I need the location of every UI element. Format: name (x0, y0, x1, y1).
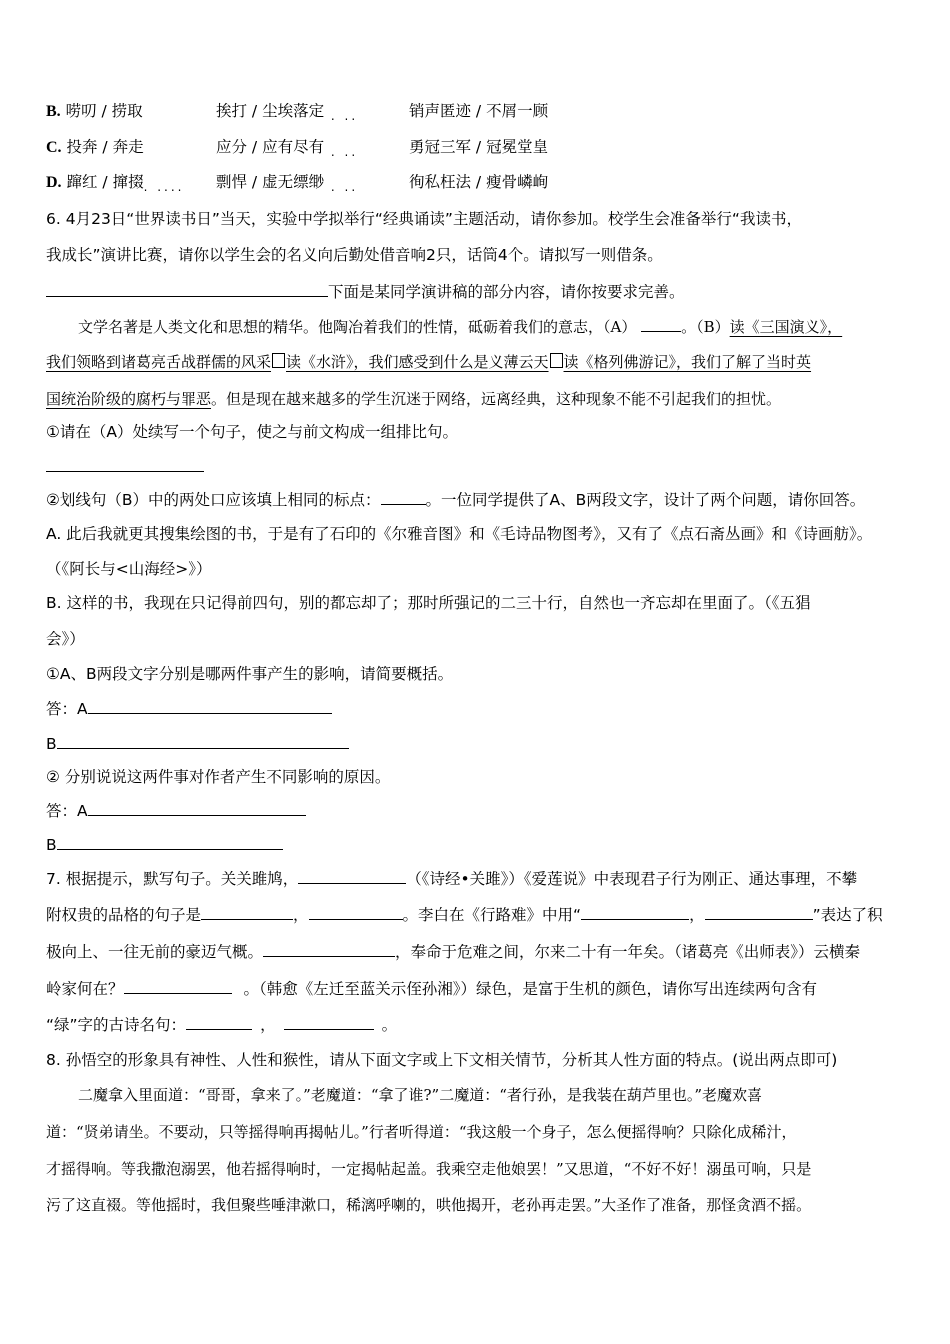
q7-line2: 附权贵的品格的句子是，。李白在《行路难》中用“，”表达了积 (46, 904, 883, 925)
q8-passage-4: 污了这直裰。等他摇时，我但聚些唾津漱口，稀漓呼喇的，哄他揭开，老孙再走罢。”大圣… (46, 1195, 811, 1215)
q7-blank-6[interactable] (263, 941, 395, 957)
blank-a[interactable] (641, 316, 681, 332)
text-a-source: （《阿长与<山海经>》） (46, 559, 211, 579)
option-label: B. (46, 103, 61, 120)
q7-line1: 7. 根据提示，默写句子。关关雎鸠，（《诗经•关雎》）《爱莲说》中表现君子行为刚… (46, 868, 857, 889)
qa2-answer-a: 答：A (46, 800, 306, 821)
option-col1: 蹿红 / 撺掇 (67, 173, 144, 191)
text-b-source: 会》） (46, 629, 85, 649)
option-d: D. 蹿红 / 撺掇. .... (46, 172, 184, 193)
text-a: A. 此后我就更其搜集绘图的书，于是有了石印的《尔雅音图》和《毛诗品物图考》，又… (46, 524, 872, 544)
qa2-a-blank[interactable] (88, 800, 306, 816)
box-mark (550, 353, 563, 368)
q7-blank-3[interactable] (309, 904, 403, 920)
option-b-col3: 销声匿迹 / 不屑一顾 (409, 101, 548, 121)
qa1-answer-a: 答：A (46, 698, 332, 719)
q7-line4: 岭家何在？。（韩愈《左迁至蓝关示侄孙湘》）绿色，是富于生机的颜色，请你写出连续两… (46, 978, 817, 999)
q8-line1: 8. 孙悟空的形象具有神性、人性和猴性，请从下面文字或上下文相关情节，分析其人性… (46, 1050, 837, 1070)
q7-blank-8[interactable] (186, 1014, 252, 1030)
passage-line3: 国统治阶级的腐朽与罪恶。但是现在越来越多的学生沉迷于网络，远离经典，这种现象不能… (46, 389, 781, 409)
loan-note-blank[interactable] (46, 281, 328, 297)
sub1-answer-blank[interactable] (46, 456, 204, 472)
option-c-col2: 应分 / 应有尽有 . .. (216, 137, 358, 158)
option-b-col2: 挨打 / 尘埃落定 . .. (216, 101, 358, 122)
passage-line1: 文学名著是人类文化和思想的精华。他陶冶着我们的性情，砥砺着我们的意志，（A） 。… (78, 316, 842, 337)
punctuation-blank[interactable] (381, 489, 426, 505)
qa2-answer-b: B (46, 834, 283, 855)
q7-line3: 极向上、一往无前的豪迈气概。，奉命于危难之间，尔来二十有一年矣。（诸葛亮《出师表… (46, 941, 860, 962)
text-b: B. 这样的书，我现在只记得前四句，别的都忘却了；那时所强记的二三十行，自然也一… (46, 593, 811, 613)
option-label: D. (46, 174, 62, 191)
q7-blank-9[interactable] (284, 1014, 374, 1030)
qa1-b-blank[interactable] (57, 733, 349, 749)
box-mark (272, 353, 285, 368)
q7-blank-7[interactable] (124, 978, 232, 994)
q7-blank-5[interactable] (705, 904, 813, 920)
qa2-b-blank[interactable] (57, 834, 283, 850)
q6-line1: 6. 4月23日“世界读书日”当天，实验中学拟举行“经典诵读”主题活动，请你参加… (46, 209, 802, 229)
q7-blank-4[interactable] (581, 904, 689, 920)
qa1-a-blank[interactable] (88, 698, 332, 714)
q6-sub2: ②划线句（B）中的两处口应该填上相同的标点：。一位同学提供了A、B两段文字，设计… (46, 489, 865, 510)
q8-passage-1: 二魔拿入里面道：“哥哥，拿来了。”老魔道：“拿了谁?”二魔道：“者行孙，是我装在… (78, 1085, 762, 1105)
q8-passage-2: 道：“贤弟请坐。不要动，只等摇得响再揭帖儿。”行者听得道：“我这般一个身子，怎么… (46, 1122, 797, 1142)
option-col1: 唠叨 / 捞取 (66, 102, 143, 120)
q6-line3: 下面是某同学演讲稿的部分内容，请你按要求完善。 (46, 281, 685, 302)
q6-qa1: ①A、B两段文字分别是哪两件事产生的影响，请简要概括。 (46, 664, 453, 684)
q7-blank-2[interactable] (201, 904, 293, 920)
option-d-col3: 徇私枉法 / 瘦骨嶙峋 (409, 172, 548, 192)
q7-line5: “绿”字的古诗名句：，。 (46, 1014, 397, 1035)
option-label: C. (46, 139, 62, 156)
option-c-col3: 勇冠三军 / 冠冕堂皇 (409, 137, 548, 157)
option-b: B. 唠叨 / 捞取 (46, 101, 143, 122)
qa1-answer-b: B (46, 733, 349, 754)
q6-sub1: ①请在（A）处续写一个句子，使之与前文构成一组排比句。 (46, 422, 458, 442)
q6-line2: 我成长”演讲比赛，请你以学生会的名义向后勤处借音响2只，话筒4个。请拟写一则借条… (46, 245, 663, 265)
q6-sub1-answer (46, 456, 204, 477)
q7-blank-1[interactable] (298, 868, 406, 884)
option-col1: 投奔 / 奔走 (67, 138, 144, 156)
q6-qa2: ② 分别说说这两件事对作者产生不同影响的原因。 (46, 767, 390, 787)
option-c: C. 投奔 / 奔走 (46, 137, 144, 158)
passage-line2: 我们领略到诸葛亮舌战群儒的风采读《水浒》，我们感受到什么是义薄云天读《格列佛游记… (46, 352, 811, 372)
option-d-col2: 剽悍 / 虚无缥缈 . .. (216, 172, 358, 193)
q8-passage-3: 才摇得响。等我撒泡溺罢，他若摇得响时，一定揭帖起盖。我乘空走他娘罢！”又思道，“… (46, 1159, 811, 1179)
